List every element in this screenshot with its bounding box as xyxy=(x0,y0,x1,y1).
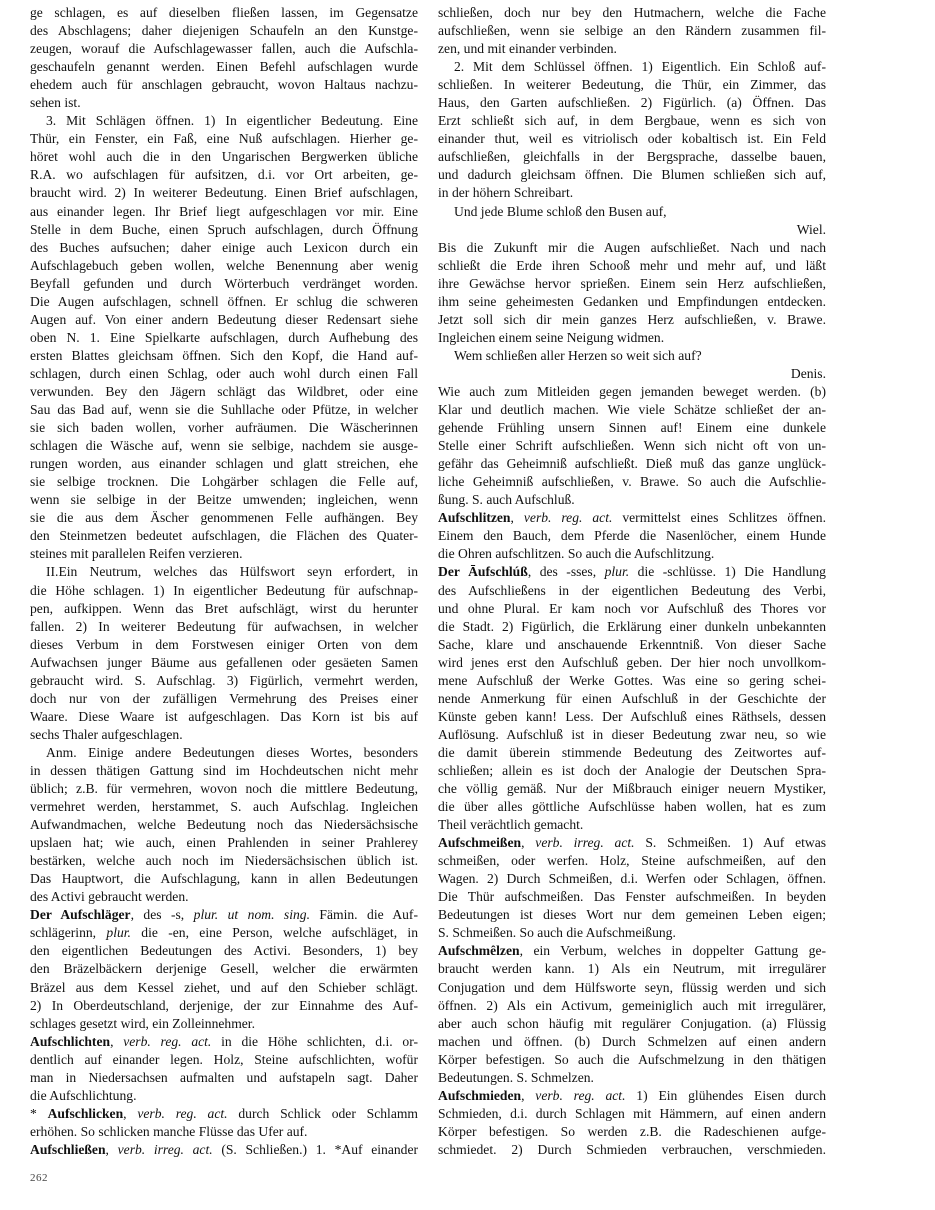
line-text: zen, und mit einander verbinden. xyxy=(438,41,617,56)
text-line: Bräzel aus dem Kessel ziehet, und auf de… xyxy=(30,979,418,997)
text-line: sechs Thaler aufgeschlagen. xyxy=(30,726,418,744)
text-line: machen und öffnen. (b) Durch Schmelzen a… xyxy=(438,1033,826,1051)
line-text: II.Ein Neutrum, welches das Hülfswort se… xyxy=(46,564,418,579)
text-line: Aufwandmachen, welche Bedeutung noch das… xyxy=(30,816,418,834)
text-line: wird jenes erst den Aufschluß geben. Der… xyxy=(438,654,826,672)
text-line: schließen, doch nur bey den Hutmachern, … xyxy=(438,4,826,22)
line-text: Und jede Blume schloß den Busen auf, xyxy=(454,204,667,219)
text-line: schließen; allein es ist doch der Analog… xyxy=(438,762,826,780)
text-line: pen, aufkippen. Wenn das Bret aufschlägt… xyxy=(30,600,418,618)
line-text: (S. Schließen.) 1. *Auf einander xyxy=(213,1142,418,1157)
line-text: bestärken, welche auch noch im Niedersäc… xyxy=(30,853,418,868)
entry-headword-line: * Aufschlicken, verb. reg. act. durch Sc… xyxy=(30,1105,418,1123)
line-text: schlages gesetzt wird, ein Zolleinnehmer… xyxy=(30,1016,255,1031)
line-text: Die Thür aufschmeißen. Das Fenster aufsc… xyxy=(438,889,826,904)
line-text: die Ohren aufschlitzen. So auch die Aufs… xyxy=(438,546,714,561)
text-line: sie die aus dem Äscher genommenen Felle … xyxy=(30,509,418,527)
text-line: die Stadt. 2) Figürlich, die Erklärung e… xyxy=(438,618,826,636)
line-text: Künste geben kann! Less. Der Aufschluß e… xyxy=(438,709,826,724)
line-text: Jetzt soll sich dir mein ganzes Herz auf… xyxy=(438,312,826,327)
grammar-label: verb. reg. act. xyxy=(123,1034,211,1049)
text-line: Einem den Bauch, dem Pferde die Nasenlöc… xyxy=(438,527,826,545)
text-line: des Activi gebraucht werden. xyxy=(30,888,418,906)
text-line: den eigentlichen Bedeutungen des Activi.… xyxy=(30,942,418,960)
line-text: Bedeutungen ist dieses Wort nur dem geme… xyxy=(438,907,826,922)
line-text: Ingleichen einem seine Neigung widmen. xyxy=(438,330,664,345)
text-line: aufschließen, wenn sie selbige an den Rä… xyxy=(438,22,826,40)
entry-headword: Aufschlicken xyxy=(48,1106,124,1121)
text-line: wenn sie selbige in der Beitze umwenden;… xyxy=(30,491,418,509)
grammar-label: verb. irreg. act. xyxy=(535,835,634,850)
line-text: die über alles göttliche Aufschlüsse hab… xyxy=(438,799,826,814)
text-line: verwunden. Bey den Jägern schlägt das Wi… xyxy=(30,383,418,401)
text-line: Aufwachsen junger Bäume aus gefallenen o… xyxy=(30,654,418,672)
line-text: verwunden. Bey den Jägern schlägt das Wi… xyxy=(30,384,418,399)
text-line: sie selbige trocknen. Die Lohgärber schl… xyxy=(30,473,418,491)
text-line: Bis die Zukunft mir die Augen aufschließ… xyxy=(438,239,826,257)
line-text: vermehret werden, herstammet, S. auch Au… xyxy=(30,799,418,814)
text-line: vermehret werden, herstammet, S. auch Au… xyxy=(30,798,418,816)
line-text: Wagen. 2) Durch Schmeißen, d.i. Werfen o… xyxy=(438,871,826,886)
entry-headword: Aufschließen xyxy=(30,1142,106,1157)
text-line: Thür, ein Fenster, ein Faß, eine Nuß auf… xyxy=(30,130,418,148)
line-text: Augen auf. Von einer andern Bedeutung di… xyxy=(30,312,418,327)
line-text: schließt die Erde ihren Schooß mehr und … xyxy=(438,258,826,273)
text-line: Waare. Diese Waare ist aufgeschlagen. Da… xyxy=(30,708,418,726)
text-line: Haus, den Garten aufschließen. 2) Figürl… xyxy=(438,94,826,112)
text-line: schmiedet. 2) Durch Schmieden verbrauche… xyxy=(438,1141,826,1159)
text-line: üblich; z.B. für vermehren, wovon noch d… xyxy=(30,780,418,798)
page-number: 262 xyxy=(30,1172,48,1184)
text-line: ihre Gewächse hervor sprießen. Einem sei… xyxy=(438,275,826,293)
text-line: bestärken, welche auch noch im Niedersäc… xyxy=(30,852,418,870)
line-text: in der höhern Schreibart. xyxy=(438,185,573,200)
entry-headword-line: Aufschlitzen, verb. reg. act. vermittels… xyxy=(438,509,826,527)
line-text: einander thut, weil es vitriolisch oder … xyxy=(438,131,826,146)
text-line: ihm seine geheimesten Gedanken und Empfi… xyxy=(438,293,826,311)
line-text: 2) In Oberdeutschland, derjenige, der zu… xyxy=(30,998,418,1013)
text-line: braucht wird. 2) In weiterer Bedeutung. … xyxy=(30,184,418,202)
text-line: 2) In Oberdeutschland, derjenige, der zu… xyxy=(30,997,418,1015)
line-text: die -en, eine Person, welche aufschläget… xyxy=(131,925,418,940)
line-text: den eigentlichen Bedeutungen des Activi.… xyxy=(30,943,418,958)
line-text: gehende Frühling unsern Sinnen auf! Eine… xyxy=(438,420,826,435)
line-text: üblich; z.B. für vermehren, wovon noch d… xyxy=(30,781,418,796)
grammar-label: verb. reg. act. xyxy=(137,1106,227,1121)
text-line: zeugen, worauf die Aufschlagewasser fall… xyxy=(30,40,418,58)
text-line: Auflösung. Aufschluß ist in dieser Bedeu… xyxy=(438,726,826,744)
line-text: zeugen, worauf die Aufschlagewasser fall… xyxy=(30,41,418,56)
text-line: Schmieden, d.i. durch Schlagen mit Hämme… xyxy=(438,1105,826,1123)
text-line: aufschließen, gleichfalls in der Bergspr… xyxy=(438,148,826,166)
line-text: 2. Mit dem Schlüssel öffnen. 1) Eigentli… xyxy=(454,59,826,74)
text-line: Beyfall gefunden und durch Wörterbuch ve… xyxy=(30,275,418,293)
text-line: Künste geben kann! Less. Der Aufschluß e… xyxy=(438,708,826,726)
line-text: Aufwandmachen, welche Bedeutung noch das… xyxy=(30,817,418,832)
text-line: Stelle einer Schrift aufschließen. Wenn … xyxy=(438,437,826,455)
text-line: Aufschlagebuch geben wollen, welche Bene… xyxy=(30,257,418,275)
line-text: pen, aufkippen. Wenn das Bret aufschlägt… xyxy=(30,601,418,616)
text-line: ge schlagen, es auf dieselben fließen la… xyxy=(30,4,418,22)
line-text: , xyxy=(521,1088,535,1103)
line-text: die damit überein stimmende Bedeutung de… xyxy=(438,745,826,760)
line-text: liche Geheimniß aufschließen, v. Brawe. … xyxy=(438,474,826,489)
line-text: , ein Verbum, welches in doppelter Gattu… xyxy=(520,943,826,958)
entry-headword-line: Aufschmêlzen, ein Verbum, welches in dop… xyxy=(438,942,826,960)
text-line: Klar und deutlich machen. Wie viele Schä… xyxy=(438,401,826,419)
line-text: Stelle einer Schrift aufschließen. Wenn … xyxy=(438,438,826,453)
line-text: schließen, doch nur bey den Hutmachern, … xyxy=(438,5,826,20)
line-text: mene Aufschluß der Werke Gottes. Was ein… xyxy=(438,673,826,688)
line-text: schließen; allein es ist doch der Analog… xyxy=(438,763,826,778)
text-line: II.Ein Neutrum, welches das Hülfswort se… xyxy=(30,563,418,581)
entry-marker: * xyxy=(30,1106,48,1121)
line-text: sie die aus dem Äscher genommenen Felle … xyxy=(30,510,418,525)
text-line: Theil verächtlich gemacht. xyxy=(438,816,826,834)
line-text: aufschließen, gleichfalls in der Bergspr… xyxy=(438,149,826,164)
line-text: rungen worden, aus einander schlagen und… xyxy=(30,456,418,471)
line-text: wird jenes erst den Aufschluß geben. Der… xyxy=(438,655,826,670)
grammar-label: plur. xyxy=(106,925,131,940)
text-line: Und jede Blume schloß den Busen auf, xyxy=(438,203,826,221)
text-line: ersten Blattes gleichsam öffnen. Sich de… xyxy=(30,347,418,365)
line-text: Einem den Bauch, dem Pferde die Nasenlöc… xyxy=(438,528,826,543)
line-text: dieses Verbum in dem Forstwesen einiger … xyxy=(30,637,418,652)
text-line: S. Schmeißen. So auch die Aufschmeißung. xyxy=(438,924,826,942)
line-text: ihre Gewächse hervor sprießen. Einem sei… xyxy=(438,276,826,291)
line-text: braucht werden kann. 1) Als ein Neutrum,… xyxy=(438,961,826,976)
text-line: Augen auf. Von einer andern Bedeutung di… xyxy=(30,311,418,329)
line-text: wenn sie selbige in der Beitze umwenden;… xyxy=(30,492,418,507)
entry-headword: Aufschmêlzen xyxy=(438,943,520,958)
line-text: die Stadt. 2) Figürlich, die Erklärung e… xyxy=(438,619,826,634)
text-line: den Steinmetzen bedeutet aufschlagen, di… xyxy=(30,527,418,545)
line-text: Theil verächtlich gemacht. xyxy=(438,817,583,832)
line-text: 1) Ein glühendes Eisen durch xyxy=(626,1088,827,1103)
line-text: Wie auch zum Mitleiden gegen jemanden be… xyxy=(438,384,826,399)
text-line: gebraucht wird. S. Aufschlag. 3) Figürli… xyxy=(30,672,418,690)
text-line: die damit überein stimmende Bedeutung de… xyxy=(438,744,826,762)
text-line: die über alles göttliche Aufschlüsse hab… xyxy=(438,798,826,816)
line-text: Schmieden, d.i. durch Schlagen mit Hämme… xyxy=(438,1106,826,1121)
line-text: S. Schmeißen. 1) Auf etwas xyxy=(635,835,826,850)
text-line: aus einander legen. Ihr Brief liegt aufg… xyxy=(30,203,418,221)
line-text: schließen. In weiterer Bedeutung, die Th… xyxy=(438,77,826,92)
text-line: Wagen. 2) Durch Schmeißen, d.i. Werfen o… xyxy=(438,870,826,888)
line-text: Bedeutungen. S. Schmelzen. xyxy=(438,1070,594,1085)
line-text: , xyxy=(110,1034,123,1049)
text-line: die Aufschlichtung. xyxy=(30,1087,418,1105)
line-text: fallen. 2) In weiterer Bedeutung für auf… xyxy=(30,619,418,634)
line-text: die Höhe schlagen. 1) In eigentlicher Be… xyxy=(30,583,418,598)
line-text: gefähr das Geheimniß aufschließt. Dieß m… xyxy=(438,456,826,471)
line-text: vermittelst eines Schlitzes öffnen. xyxy=(612,510,826,525)
line-text: schmiedet. 2) Durch Schmieden verbrauche… xyxy=(438,1142,826,1157)
line-text: ehedem auch für anschlagen gebraucht, wo… xyxy=(30,77,418,92)
left-text-column: ge schlagen, es auf dieselben fließen la… xyxy=(30,4,418,1159)
line-text: ersten Blattes gleichsam öffnen. Sich de… xyxy=(30,348,418,363)
text-line: Bedeutungen ist dieses Wort nur dem geme… xyxy=(438,906,826,924)
line-text: Bis die Zukunft mir die Augen aufschließ… xyxy=(438,240,826,255)
line-text: des Activi gebraucht werden. xyxy=(30,889,189,904)
text-line: Ingleichen einem seine Neigung widmen. xyxy=(438,329,826,347)
line-text: upslaen hat; wie auch, einen Prahlenden … xyxy=(30,835,418,850)
line-text: Auflösung. Aufschluß ist in dieser Bedeu… xyxy=(438,727,826,742)
text-line: Körper befestigen. So auch die Aufschmel… xyxy=(438,1051,826,1069)
grammar-label: plur. xyxy=(605,564,630,579)
line-text: aufschließen, wenn sie selbige an den Rä… xyxy=(438,23,826,38)
text-line: Jetzt soll sich dir mein ganzes Herz auf… xyxy=(438,311,826,329)
text-line: Conjugation und dem Hülfsworte seyn, flü… xyxy=(438,979,826,997)
text-line: dentlich auf einander legen. Holz, Stein… xyxy=(30,1051,418,1069)
line-text: sechs Thaler aufgeschlagen. xyxy=(30,727,183,742)
text-line: schlages gesetzt wird, ein Zolleinnehmer… xyxy=(30,1015,418,1033)
line-text: schlagen die Wäsche auf, wenn sie selbig… xyxy=(30,438,418,453)
text-line: Die Augen aufschlagen, schnell öffnen. E… xyxy=(30,293,418,311)
text-line: schließen. In weiterer Bedeutung, die Th… xyxy=(438,76,826,94)
line-text: Fämin. die Auf- xyxy=(310,907,418,922)
line-text: Körper befestigen. So werden z.B. die Ra… xyxy=(438,1124,826,1139)
entry-headword-line: Der Āufschlúß, des -sses, plur. die -sch… xyxy=(438,563,826,581)
line-text: Haus, den Garten aufschließen. 2) Figürl… xyxy=(438,95,826,110)
text-line: liche Geheimniß aufschließen, v. Brawe. … xyxy=(438,473,826,491)
text-line: Erzt schließt sich auf, in dem Bergbaue,… xyxy=(438,112,826,130)
text-line: Anm. Einige andere Bedeutungen dieses Wo… xyxy=(30,744,418,762)
line-text: Beyfall gefunden und durch Wörterbuch ve… xyxy=(30,276,418,291)
text-line: einander thut, weil es vitriolisch oder … xyxy=(438,130,826,148)
text-line: schmeißen, oder werfen. Holz, Steine auf… xyxy=(438,852,826,870)
line-text: sie sich baden wollen, vorher aufräumen.… xyxy=(30,420,418,435)
line-text: , des -s, xyxy=(131,907,194,922)
text-line: Bedeutungen. S. Schmelzen. xyxy=(438,1069,826,1087)
text-line: Stelle in dem Buche, einen Spruch aufsch… xyxy=(30,221,418,239)
line-text: Klar und deutlich machen. Wie viele Schä… xyxy=(438,402,826,417)
line-text: sie selbige trocknen. Die Lohgärber schl… xyxy=(30,474,418,489)
text-line: fallen. 2) In weiterer Bedeutung für auf… xyxy=(30,618,418,636)
entry-headword: Aufschlitzen xyxy=(438,510,511,525)
text-line: Wiel. xyxy=(438,221,826,239)
line-text: braucht wird. 2) In weiterer Bedeutung. … xyxy=(30,185,418,200)
grammar-label: verb. reg. act. xyxy=(535,1088,625,1103)
line-text: Waare. Diese Waare ist aufgeschlagen. Da… xyxy=(30,709,418,724)
line-text: nende Anmerkung für einen Aufschluß in d… xyxy=(438,691,826,706)
line-text: in die Höhe schlichten, d.i. or- xyxy=(211,1034,418,1049)
text-line: in dessen thätigen Gattung sind im Hochd… xyxy=(30,762,418,780)
text-line: öffnen. 2) Als ein Activum, gemeiniglich… xyxy=(438,997,826,1015)
line-text: S. Schmeißen. So auch die Aufschmeißung. xyxy=(438,925,676,940)
text-line: 2. Mit dem Schlüssel öffnen. 1) Eigentli… xyxy=(438,58,826,76)
line-text: erhöhen. So schlicken manche Flüsse das … xyxy=(30,1124,307,1139)
text-line: des Abschlagens; daher diejenigen Schauf… xyxy=(30,22,418,40)
line-text: che völlig gemäß. Nur der Mißbrauch eini… xyxy=(438,781,826,796)
line-text: aber auch schon häufig mit regulärer Con… xyxy=(438,1016,826,1031)
line-text: Wiel. xyxy=(797,222,826,237)
text-line: gehende Frühling unsern Sinnen auf! Eine… xyxy=(438,419,826,437)
text-line: 3. Mit Schlägen öffnen. 1) In eigentlich… xyxy=(30,112,418,130)
line-text: , des -sses, xyxy=(528,564,605,579)
text-line: steines mit parallelen Reifen verzieren. xyxy=(30,545,418,563)
line-text: , xyxy=(511,510,524,525)
line-text: Thür, ein Fenster, ein Faß, eine Nuß auf… xyxy=(30,131,418,146)
text-line: des Buches aufsuchen; daher einige auch … xyxy=(30,239,418,257)
line-text: durch Schlick oder Schlamm xyxy=(228,1106,418,1121)
text-line: erhöhen. So schlicken manche Flüsse das … xyxy=(30,1123,418,1141)
grammar-label: verb. reg. act. xyxy=(524,510,613,525)
entry-headword-line: Aufschlichten, verb. reg. act. in die Hö… xyxy=(30,1033,418,1051)
line-text: , xyxy=(106,1142,118,1157)
line-text: Bräzel aus dem Kessel ziehet, und auf de… xyxy=(30,980,418,995)
text-line: Wem schließen aller Herzen so weit sich … xyxy=(438,347,826,365)
line-text: sehen ist. xyxy=(30,95,81,110)
line-text: schlagen, durch einen Schlag, oder auch … xyxy=(30,366,418,381)
text-line: dieses Verbum in dem Forstwesen einiger … xyxy=(30,636,418,654)
text-line: ehedem auch für anschlagen gebraucht, wo… xyxy=(30,76,418,94)
line-text: man in Niedersachsen aufmalten und aufst… xyxy=(30,1070,418,1085)
entry-headword-line: Aufschmieden, verb. reg. act. 1) Ein glü… xyxy=(438,1087,826,1105)
entry-headword-line: Aufschließen, verb. irreg. act. (S. Schl… xyxy=(30,1141,418,1159)
text-line: gefähr das Geheimniß aufschließt. Dieß m… xyxy=(438,455,826,473)
text-line: nende Anmerkung für einen Aufschluß in d… xyxy=(438,690,826,708)
line-text: Conjugation und dem Hülfsworte seyn, flü… xyxy=(438,980,826,995)
text-line: Sache, klare und anschauende Erkenntniß.… xyxy=(438,636,826,654)
text-line: in der höhern Schreibart. xyxy=(438,184,826,202)
line-text: ßung. S. auch Aufschluß. xyxy=(438,492,575,507)
text-line: che völlig gemäß. Nur der Mißbrauch eini… xyxy=(438,780,826,798)
grammar-label: verb. irreg. act. xyxy=(118,1142,213,1157)
line-text: des Aufschließens in der eigentlichen Be… xyxy=(438,583,826,598)
line-text: den Bräzelbäckern derjenige Gesell, welc… xyxy=(30,961,418,976)
text-line: R.A. wo aufschlagen für aufsitzen, d.i. … xyxy=(30,166,418,184)
entry-headword: Aufschlichten xyxy=(30,1034,110,1049)
text-line: und ohne Plural. Er kam noch vor Aufschl… xyxy=(438,600,826,618)
line-text: Stelle in dem Buche, einen Spruch aufsch… xyxy=(30,222,418,237)
text-line: sehen ist. xyxy=(30,94,418,112)
line-text: und ohne Plural. Er kam noch vor Aufschl… xyxy=(438,601,826,616)
text-line: die Höhe schlagen. 1) In eigentlicher Be… xyxy=(30,582,418,600)
line-text: gebraucht wird. S. Aufschlag. 3) Figürli… xyxy=(30,673,418,688)
text-line: den Bräzelbäckern derjenige Gesell, welc… xyxy=(30,960,418,978)
line-text: aus einander legen. Ihr Brief liegt aufg… xyxy=(30,204,418,219)
line-text: Wem schließen aller Herzen so weit sich … xyxy=(454,348,702,363)
text-line: rungen worden, aus einander schlagen und… xyxy=(30,455,418,473)
line-text: die Aufschlichtung. xyxy=(30,1088,136,1103)
text-line: mene Aufschluß der Werke Gottes. Was ein… xyxy=(438,672,826,690)
line-text: schlägerinn, xyxy=(30,925,106,940)
text-line: schließt die Erde ihren Schooß mehr und … xyxy=(438,257,826,275)
line-text: , xyxy=(123,1106,137,1121)
text-line: Sau das Bad auf, wenn sie die Suhllache … xyxy=(30,401,418,419)
line-text: R.A. wo aufschlagen für aufsitzen, d.i. … xyxy=(30,167,418,182)
entry-headword-line: Der Aufschläger, des -s, plur. ut nom. s… xyxy=(30,906,418,924)
line-text: Denis. xyxy=(791,366,826,381)
text-line: zen, und mit einander verbinden. xyxy=(438,40,826,58)
right-text-column: schließen, doch nur bey den Hutmachern, … xyxy=(438,4,826,1159)
line-text: , xyxy=(521,835,535,850)
text-line: oben N. 1. Eine Spielkarte aufschlagen, … xyxy=(30,329,418,347)
line-text: Erzt schließt sich auf, in dem Bergbaue,… xyxy=(438,113,826,128)
text-line: schlagen, durch einen Schlag, oder auch … xyxy=(30,365,418,383)
line-text: die -schlüsse. 1) Die Handlung xyxy=(629,564,826,579)
text-line: sie sich baden wollen, vorher aufräumen.… xyxy=(30,419,418,437)
line-text: höret wohl auch die in den Ungarischen B… xyxy=(30,149,418,164)
line-text: geschaufeln genannt werden. Einen Befehl… xyxy=(30,59,418,74)
line-text: steines mit parallelen Reifen verzieren. xyxy=(30,546,243,561)
text-line: die Ohren aufschlitzen. So auch die Aufs… xyxy=(438,545,826,563)
text-line: Wie auch zum Mitleiden gegen jemanden be… xyxy=(438,383,826,401)
text-line: geschaufeln genannt werden. Einen Befehl… xyxy=(30,58,418,76)
entry-headword: Aufschmieden xyxy=(438,1088,521,1103)
text-line: man in Niedersachsen aufmalten und aufst… xyxy=(30,1069,418,1087)
text-line: Das Hauptwort, die Aufschlagung, kann in… xyxy=(30,870,418,888)
grammar-label: plur. ut nom. sing. xyxy=(194,907,310,922)
text-line: doch nur von der zufälligen Vermehrung d… xyxy=(30,690,418,708)
text-line: upslaen hat; wie auch, einen Prahlenden … xyxy=(30,834,418,852)
line-text: Das Hauptwort, die Aufschlagung, kann in… xyxy=(30,871,418,886)
line-text: des Buches aufsuchen; daher einige auch … xyxy=(30,240,418,255)
line-text: ge schlagen, es auf dieselben fließen la… xyxy=(30,5,418,20)
line-text: machen und öffnen. (b) Durch Schmelzen a… xyxy=(438,1034,826,1049)
line-text: Aufschlagebuch geben wollen, welche Bene… xyxy=(30,258,418,273)
text-line: und dadurch gleichsam öffnen. Die Blumen… xyxy=(438,166,826,184)
text-line: Die Thür aufschmeißen. Das Fenster aufsc… xyxy=(438,888,826,906)
line-text: Die Augen aufschlagen, schnell öffnen. E… xyxy=(30,294,418,309)
text-line: ßung. S. auch Aufschluß. xyxy=(438,491,826,509)
text-line: aber auch schon häufig mit regulärer Con… xyxy=(438,1015,826,1033)
text-line: des Aufschließens in der eigentlichen Be… xyxy=(438,582,826,600)
line-text: schmeißen, oder werfen. Holz, Steine auf… xyxy=(438,853,826,868)
entry-headword: Aufschmeißen xyxy=(438,835,521,850)
line-text: dentlich auf einander legen. Holz, Stein… xyxy=(30,1052,418,1067)
line-text: Anm. Einige andere Bedeutungen dieses Wo… xyxy=(46,745,418,760)
line-text: in dessen thätigen Gattung sind im Hochd… xyxy=(30,763,418,778)
line-text: öffnen. 2) Als ein Activum, gemeiniglich… xyxy=(438,998,826,1013)
entry-headword: Der Aufschläger xyxy=(30,907,131,922)
line-text: des Abschlagens; daher diejenigen Schauf… xyxy=(30,23,418,38)
entry-headword: Der Āufschlúß xyxy=(438,564,528,579)
line-text: Sau das Bad auf, wenn sie die Suhllache … xyxy=(30,402,418,417)
text-line: höret wohl auch die in den Ungarischen B… xyxy=(30,148,418,166)
text-line: Körper befestigen. So werden z.B. die Ra… xyxy=(438,1123,826,1141)
line-text: oben N. 1. Eine Spielkarte aufschlagen, … xyxy=(30,330,418,345)
text-line: schlagen die Wäsche auf, wenn sie selbig… xyxy=(30,437,418,455)
text-line: braucht werden kann. 1) Als ein Neutrum,… xyxy=(438,960,826,978)
line-text: den Steinmetzen bedeutet aufschlagen, di… xyxy=(30,528,418,543)
line-text: doch nur von der zufälligen Vermehrung d… xyxy=(30,691,418,706)
text-line: Denis. xyxy=(438,365,826,383)
line-text: ihm seine geheimesten Gedanken und Empfi… xyxy=(438,294,826,309)
text-line: schlägerinn, plur. die -en, eine Person,… xyxy=(30,924,418,942)
line-text: 3. Mit Schlägen öffnen. 1) In eigentlich… xyxy=(46,113,418,128)
line-text: und dadurch gleichsam öffnen. Die Blumen… xyxy=(438,167,826,182)
entry-headword-line: Aufschmeißen, verb. irreg. act. S. Schme… xyxy=(438,834,826,852)
line-text: Aufwachsen junger Bäume aus gefallenen o… xyxy=(30,655,418,670)
line-text: Körper befestigen. So auch die Aufschmel… xyxy=(438,1052,826,1067)
line-text: Sache, klare und anschauende Erkenntniß.… xyxy=(438,637,826,652)
